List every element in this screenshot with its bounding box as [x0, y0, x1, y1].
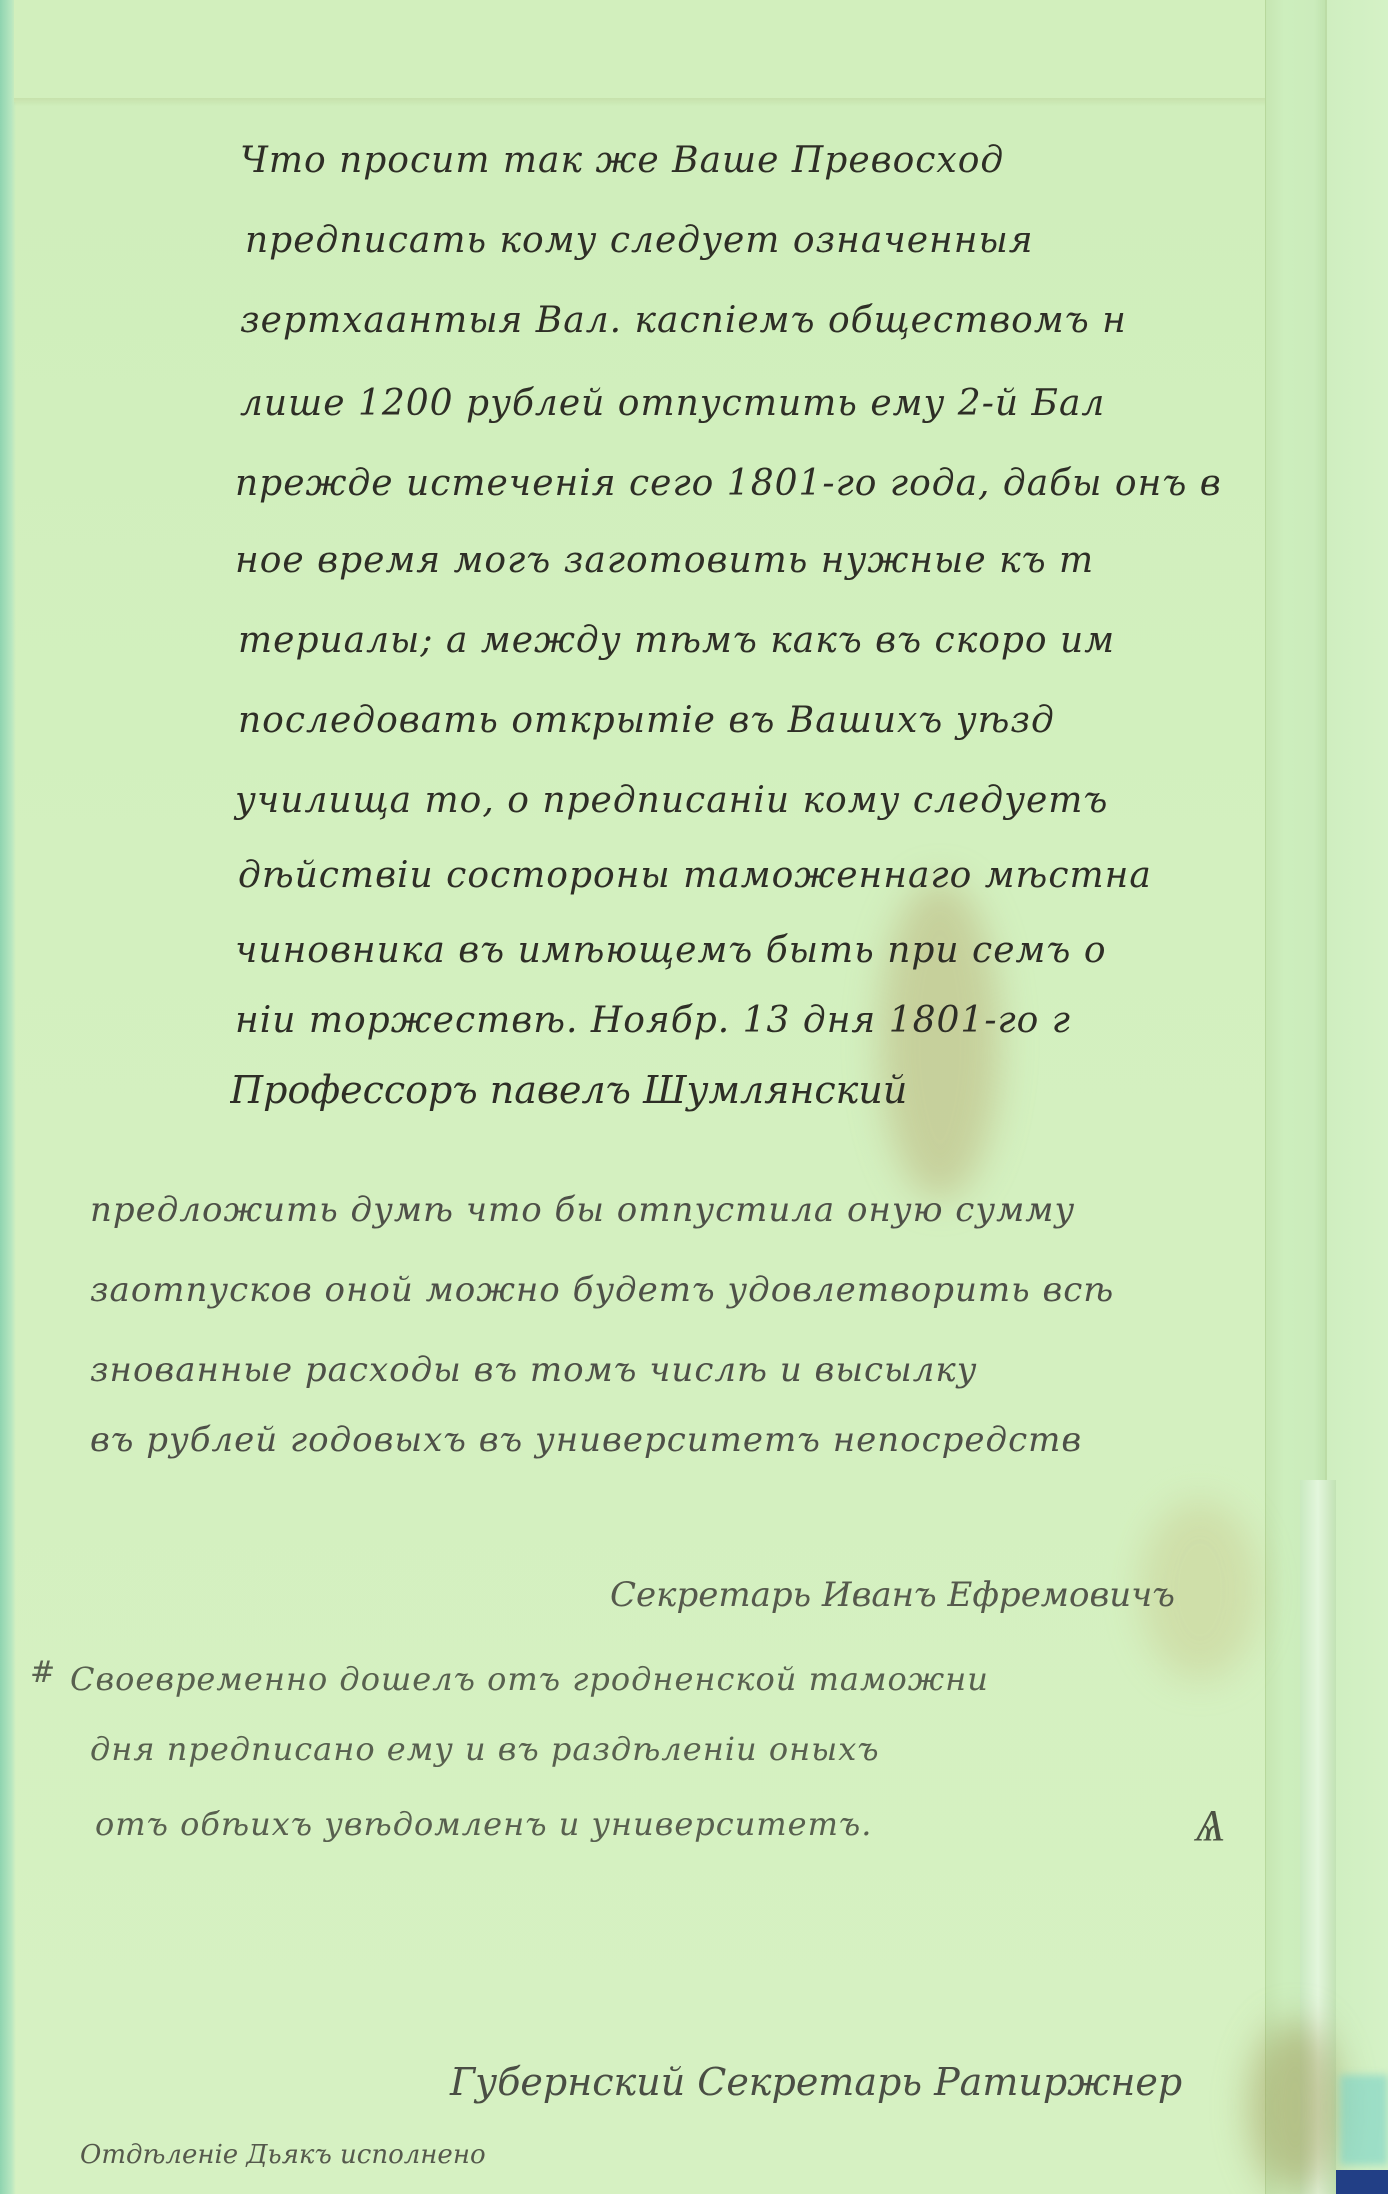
- text-line: училища то, о предписанiи кому следуетъ: [235, 780, 1108, 821]
- manuscript-page: Что просит так же Ваше Превосход предпис…: [0, 0, 1388, 2194]
- text-line: последовать открытiе въ Вашихъ уѣзд: [238, 700, 1055, 741]
- note-line: Своевременно дошелъ отъ гродненской тамо…: [70, 1660, 989, 1698]
- note-marker: #: [30, 1655, 56, 1690]
- margin-note: Отдѣленiе Дьякъ исполнено: [80, 2140, 486, 2170]
- resolution-line: въ рублей годовыхъ въ университетъ непос…: [90, 1420, 1082, 1460]
- resolution-line: знованные расходы въ томъ числѣ и высылк…: [90, 1350, 977, 1390]
- text-line: Что просит так же Ваше Превосход: [240, 140, 1004, 181]
- text-line: ное время могъ заготовить нужные къ т: [235, 540, 1094, 581]
- archive-cover-corner: [1336, 2170, 1388, 2194]
- secretary-signature: Секретарь Иванъ Ефремовичъ: [610, 1575, 1175, 1615]
- text-line: териалы; а между тѣмъ какъ въ скоро им: [238, 620, 1115, 661]
- water-stain: [1250, 2020, 1340, 2194]
- text-line: прежде истеченiя сего 1801-го года, дабы…: [235, 463, 1222, 504]
- provincial-secretary-signature: Губернский Секретарь Ратиржнер: [450, 2060, 1182, 2104]
- note-line: отъ обѣихъ увѣдомленъ и университетъ.: [95, 1805, 872, 1843]
- note-block: Своевременно дошелъ отъ гродненской тамо…: [70, 1650, 1320, 1880]
- resolution-block: предложить думѣ что бы отпустила оную су…: [60, 1170, 1340, 1470]
- page-left-edge: [0, 0, 16, 2194]
- text-line: лише 1200 рублей отпустить ему 2-й Бал: [240, 383, 1105, 424]
- resolution-line: заотпусков оной можно будетъ удовлетвори…: [90, 1270, 1114, 1310]
- folded-top-band: [14, 0, 1274, 102]
- professor-signature: Профессоръ павелъ Шумлянский: [230, 1068, 907, 1112]
- resolution-line: предложить думѣ что бы отпустила оную су…: [90, 1190, 1075, 1230]
- text-line: зертхаантыя Вал. каспiемъ обществомъ н: [240, 300, 1127, 341]
- note-mark: Ѧ: [1195, 1800, 1226, 1851]
- text-line: предписать кому следует означенныя: [245, 220, 1034, 261]
- text-line: чиновника въ имѣющемъ быть при семъ о: [235, 930, 1107, 971]
- text-line: дѣйствiи состороны таможеннаго мѣстна: [238, 855, 1152, 896]
- main-text-block-tail: нiи торжествѣ. Ноябр. 13 дня 1801-го г П…: [230, 1000, 1275, 1130]
- main-text-block: Что просит так же Ваше Превосход предпис…: [230, 100, 1275, 1000]
- note-line: дня предписано ему и въ раздѣленiи оныхъ: [90, 1730, 880, 1768]
- text-line: нiи торжествѣ. Ноябр. 13 дня 1801-го г: [235, 1000, 1071, 1041]
- binding-tape: [1340, 2075, 1388, 2165]
